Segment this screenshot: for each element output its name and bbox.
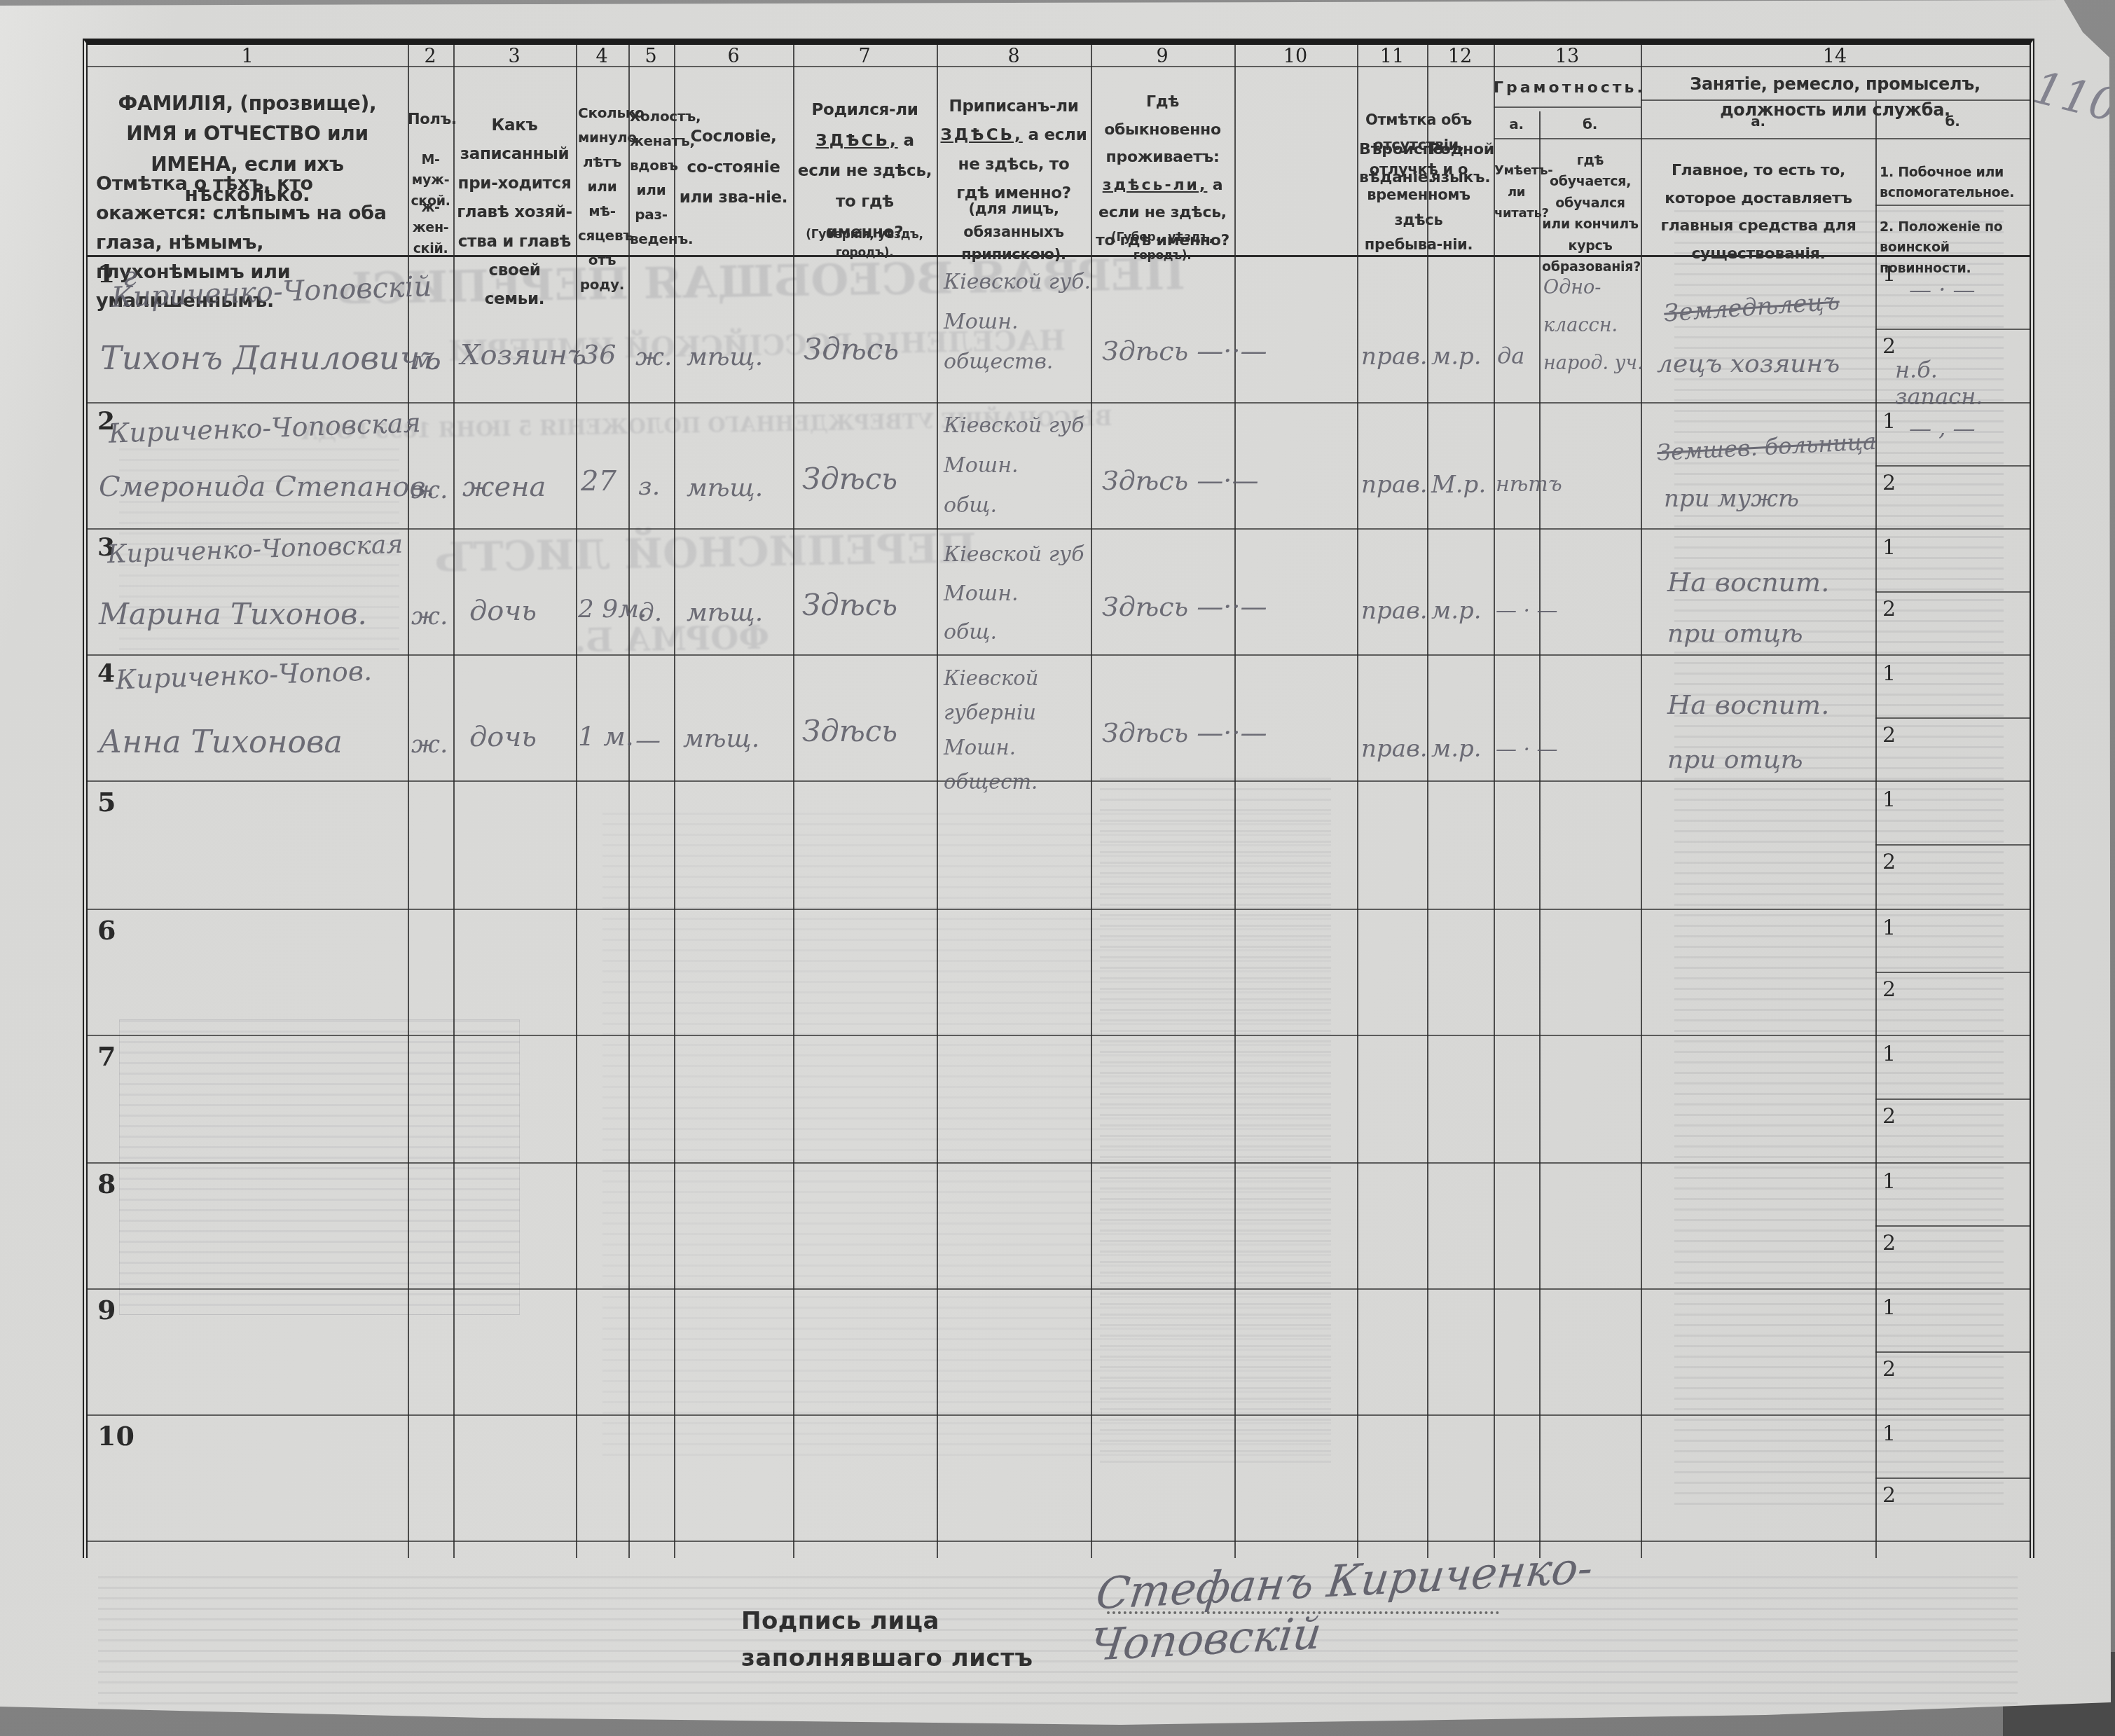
row2-registered: Кіевской губ Мошн. общ. bbox=[944, 406, 1084, 525]
row2-occupation: при мужѣ bbox=[1664, 485, 1799, 513]
row3-marital: д. bbox=[638, 598, 662, 627]
header-relation: Какъ записанный при-ходится главѣ хозяй-… bbox=[457, 111, 572, 315]
row4-marital: — bbox=[635, 726, 661, 755]
header-born-note: (Губернія, уѣздъ, городъ). bbox=[794, 226, 935, 263]
row4-religion: прав. bbox=[1361, 735, 1428, 763]
subrow-2-label: 2 bbox=[1882, 1104, 1896, 1129]
grid-line bbox=[937, 45, 938, 1558]
row3-born: Здѣсь bbox=[802, 588, 897, 622]
row4-estate: мѣщ. bbox=[683, 724, 759, 753]
row3-occupation-line1: На воспит. bbox=[1667, 567, 1829, 598]
row4-sex: ж. bbox=[411, 730, 448, 759]
row1-occupation-struck: Земледѣлецъ bbox=[1663, 287, 1840, 327]
row1-marital: ж. bbox=[635, 343, 672, 371]
row2-name: Смеронида Степанов. bbox=[99, 471, 434, 503]
subrow-divider bbox=[1875, 1098, 2030, 1100]
row1-registered: Кіевской губ. Мошн. обществ. bbox=[944, 262, 1091, 382]
row1-sex: м. bbox=[411, 346, 440, 375]
col-number-14: 14 bbox=[1814, 46, 1856, 67]
subrow-1-label: 1 bbox=[1882, 661, 1896, 686]
row4-born: Здѣсь bbox=[802, 714, 897, 748]
col-number-1: 1 bbox=[226, 46, 268, 67]
row1-education: Одно- классн. народ. уч. bbox=[1543, 269, 1644, 383]
grid-line bbox=[628, 45, 630, 1558]
row3-estate: мѣщ. bbox=[687, 598, 763, 627]
grid-line bbox=[88, 66, 2030, 67]
col-number-12: 12 bbox=[1439, 46, 1481, 67]
grid-line bbox=[453, 45, 455, 1558]
row2-resides: Здѣсь —·— bbox=[1102, 465, 1354, 496]
subrow-2-label: 2 bbox=[1882, 1483, 1896, 1508]
grid-line bbox=[1357, 45, 1358, 1558]
header-occupation-a: Главное, то есть то, которое доставляетъ… bbox=[1650, 157, 1867, 268]
row4-occupation-line2: при отцѣ bbox=[1667, 745, 1803, 774]
row-number: 6 bbox=[97, 914, 116, 946]
row4-language: м.р. bbox=[1431, 735, 1482, 763]
subrow-1-label: 1 bbox=[1882, 1042, 1896, 1066]
row3-religion: прав. bbox=[1361, 597, 1428, 625]
row-number: 5 bbox=[97, 786, 116, 818]
header-occupation-b1: 1. Побочное или вспомогательное. bbox=[1880, 163, 2027, 204]
row2-surname: Кириченко-Чоповская bbox=[108, 407, 421, 449]
grid-line bbox=[88, 1162, 2030, 1164]
col-number-8: 8 bbox=[993, 46, 1035, 67]
subrow-divider bbox=[1875, 972, 2030, 973]
row4-age: 1 м. bbox=[578, 721, 634, 752]
subrow-divider bbox=[1875, 717, 2030, 719]
row2-side-occupation: — , — bbox=[1909, 415, 1976, 441]
row3-occupation-line2: при отцѣ bbox=[1667, 619, 1803, 648]
header-estate: Сословіе, со-стояніе или зва-ніе. bbox=[677, 122, 790, 214]
paper-sheet: 110 ПЕРВАЯ ВСЕОБЩАЯ ПЕРЕПИСЬ НАСЕЛЕНІЯ Р… bbox=[0, 0, 2115, 1736]
header-occupation-b2: 2. Положеніе по воинской повинности. bbox=[1880, 217, 2027, 279]
grid-line bbox=[88, 402, 2030, 404]
row1-occupation: лецъ хозяинъ bbox=[1657, 350, 1840, 378]
subrow-2-label: 2 bbox=[1882, 334, 1896, 359]
row-number: 4 bbox=[97, 659, 115, 688]
subrow-divider bbox=[1875, 465, 2030, 467]
grid-line bbox=[88, 528, 2030, 530]
grid-line bbox=[1494, 106, 1641, 108]
row3-surname: Кириченко-Чоповская bbox=[106, 530, 403, 570]
header-resides-note: (Губер., уѣздъ, городъ). bbox=[1092, 228, 1232, 266]
header-marital: Холостъ, женатъ, вдовъ или раз-веденъ. bbox=[630, 104, 673, 252]
row1-literacy: да bbox=[1497, 343, 1524, 369]
col-number-10: 10 bbox=[1274, 46, 1316, 67]
header-sex-female: ж-жен-скій. bbox=[408, 198, 453, 259]
grid-line bbox=[88, 1414, 2030, 1416]
row2-estate: мѣщ. bbox=[687, 474, 763, 502]
row-number: 10 bbox=[97, 1420, 135, 1452]
row2-marital: з. bbox=[638, 472, 660, 501]
grid-line bbox=[1494, 45, 1495, 1558]
grid-line bbox=[88, 780, 2030, 782]
row2-language: М.р. bbox=[1431, 471, 1486, 499]
col-number-5: 5 bbox=[630, 46, 672, 67]
row-number: 8 bbox=[97, 1168, 116, 1199]
subrow-1-label: 1 bbox=[1882, 916, 1896, 940]
subrow-divider bbox=[1875, 1477, 2030, 1479]
row2-relation: жена bbox=[462, 471, 546, 503]
header-literacy: Грамотность. bbox=[1494, 76, 1641, 100]
row4-relation: дочь bbox=[469, 721, 537, 753]
row1-side-occupation: — · — bbox=[1909, 276, 1976, 303]
row4-registered: Кіевской губерніи Мошн. общест. bbox=[944, 661, 1038, 799]
subrow-2-label: 2 bbox=[1882, 1357, 1896, 1382]
subrow-1-label: 1 bbox=[1882, 1169, 1896, 1194]
grid-line bbox=[1875, 205, 2030, 206]
header-born-pre: Родился-ли bbox=[811, 101, 918, 119]
subrow-divider bbox=[1875, 591, 2030, 593]
census-table: 1 2 3 4 5 6 7 8 9 10 11 12 13 14 ФАМИЛІЯ… bbox=[83, 39, 2034, 1558]
row2-literacy: нѣтъ bbox=[1496, 472, 1562, 497]
header-literacy-b: гдѣ обучается, обучался или кончилъ курс… bbox=[1542, 150, 1639, 277]
header-registered: Приписанъ-ли ЗДѢСЬ, а если не здѣсь, то … bbox=[940, 92, 1087, 209]
row-number: 9 bbox=[97, 1294, 116, 1325]
row3-relation: дочь bbox=[469, 595, 537, 627]
row4-occupation-line1: На воспит. bbox=[1667, 689, 1829, 720]
subrow-1-label: 1 bbox=[1882, 535, 1896, 560]
subrow-1-label: 1 bbox=[1882, 409, 1896, 434]
header-resides-pre: Гдѣ обыкновенно проживаетъ: bbox=[1104, 93, 1221, 166]
grid-line bbox=[88, 654, 2030, 656]
row3-language: м.р. bbox=[1431, 597, 1482, 625]
row4-name: Анна Тихонова bbox=[99, 724, 343, 760]
row3-registered: Кіевской губ Мошн. общ. bbox=[944, 535, 1084, 652]
row2-age: 27 bbox=[581, 465, 616, 497]
census-sheet-scan: 110 ПЕРВАЯ ВСЕОБЩАЯ ПЕРЕПИСЬ НАСЕЛЕНІЯ Р… bbox=[0, 0, 2115, 1736]
header-occupation-a-label: а. bbox=[1641, 111, 1875, 132]
header-language: Родной языкъ. bbox=[1429, 136, 1492, 191]
row1-religion: прав. bbox=[1361, 343, 1428, 371]
col-number-2: 2 bbox=[409, 46, 451, 67]
grid-line bbox=[88, 909, 2030, 910]
row3-age: 2 9м. bbox=[578, 595, 647, 624]
row1-estate: мѣщ. bbox=[687, 343, 763, 371]
subrow-2-label: 2 bbox=[1882, 723, 1896, 748]
subrow-1-label: 1 bbox=[1882, 787, 1896, 812]
page-number: 110 bbox=[2028, 62, 2115, 132]
row1-age: 36 bbox=[582, 339, 616, 370]
subrow-divider bbox=[1875, 329, 2030, 330]
col-number-11: 11 bbox=[1371, 46, 1413, 67]
row2-occupation-struck: Земшев. больница bbox=[1656, 428, 1877, 466]
row1-relation: Хозяинъ bbox=[460, 339, 586, 371]
grid-line bbox=[1427, 45, 1428, 1558]
row1-name: Тихонъ Даниловичъ bbox=[100, 339, 441, 377]
subrow-2-label: 2 bbox=[1882, 977, 1896, 1002]
subrow-2-label: 2 bbox=[1882, 597, 1896, 621]
grid-line bbox=[1641, 138, 2030, 139]
grid-line bbox=[88, 1288, 2030, 1290]
row1-born: Здѣсь bbox=[804, 332, 899, 366]
subrow-divider bbox=[1875, 844, 2030, 846]
header-literacy-a: Умѣетъ-ли читать? bbox=[1494, 160, 1538, 225]
grid-line bbox=[1539, 111, 1541, 1558]
row4-resides: Здѣсь —··— bbox=[1102, 717, 1354, 748]
subrow-2-label: 2 bbox=[1882, 471, 1896, 495]
row3-literacy: — · — bbox=[1496, 598, 1558, 623]
header-literacy-a-label: а. bbox=[1494, 113, 1539, 135]
col-number-6: 6 bbox=[712, 46, 755, 67]
subrow-divider bbox=[1875, 1225, 2030, 1227]
row2-sex: ж. bbox=[411, 476, 448, 504]
grid-line bbox=[1875, 101, 1877, 1558]
subrow-1-label: 1 bbox=[1882, 1295, 1896, 1320]
grid-line bbox=[1494, 138, 1641, 139]
subrow-divider bbox=[1875, 1351, 2030, 1353]
grid-line bbox=[88, 1035, 2030, 1036]
col-number-3: 3 bbox=[493, 46, 535, 67]
header-literacy-b-label: б. bbox=[1539, 113, 1641, 135]
row1-resides: Здѣсь —··— bbox=[1102, 336, 1354, 366]
row-number: 7 bbox=[97, 1040, 116, 1072]
header-born-emph: ЗДѢСЬ, bbox=[815, 132, 897, 150]
signature-label: Подпись лица заполнявшаго листъ bbox=[741, 1603, 1105, 1676]
grid-line bbox=[576, 45, 577, 1558]
row4-literacy: — · — bbox=[1496, 737, 1558, 762]
subrow-1-label: 1 bbox=[1882, 262, 1896, 287]
header-sex: Полъ. bbox=[408, 108, 453, 131]
col-number-4: 4 bbox=[581, 46, 623, 67]
grid-line bbox=[793, 45, 794, 1558]
row1-military: н.б. запасн. bbox=[1895, 357, 2030, 410]
grid-line bbox=[88, 1541, 2030, 1542]
row3-name: Марина Тихонов. bbox=[99, 597, 367, 631]
row3-sex: ж. bbox=[411, 602, 448, 631]
col-number-7: 7 bbox=[843, 46, 886, 67]
grid-line bbox=[674, 45, 675, 1558]
row3-resides: Здѣсь —··— bbox=[1102, 591, 1354, 622]
header-occupation-b-label: б. bbox=[1875, 111, 2030, 132]
row2-born: Здѣсь bbox=[802, 462, 897, 496]
row4-surname: Кириченко-Чопов. bbox=[115, 656, 372, 696]
grid-line bbox=[1234, 45, 1236, 1558]
subrow-2-label: 2 bbox=[1882, 1231, 1896, 1255]
header-resides-emph: здѣсь-ли, bbox=[1103, 177, 1208, 194]
header-registered-emph: ЗДѢСЬ, bbox=[941, 126, 1023, 144]
col-number-9: 9 bbox=[1141, 46, 1183, 67]
grid-line bbox=[1091, 45, 1092, 1558]
header-age: Сколько минуло лѣтъ или мѣ-сяцевъ отъ ро… bbox=[578, 101, 626, 297]
header-registered-pre: Приписанъ-ли bbox=[949, 97, 1078, 116]
header-religion: Вѣроиспо-вѣданіе. bbox=[1359, 136, 1425, 191]
header-registered-note: (для лицъ, обязанныхъ припискою). bbox=[939, 198, 1089, 266]
row1-language: м.р. bbox=[1431, 343, 1482, 371]
row2-religion: прав. bbox=[1361, 471, 1428, 499]
subrow-1-label: 1 bbox=[1882, 1421, 1896, 1446]
subrow-2-label: 2 bbox=[1882, 850, 1896, 874]
col-number-13: 13 bbox=[1546, 46, 1588, 67]
